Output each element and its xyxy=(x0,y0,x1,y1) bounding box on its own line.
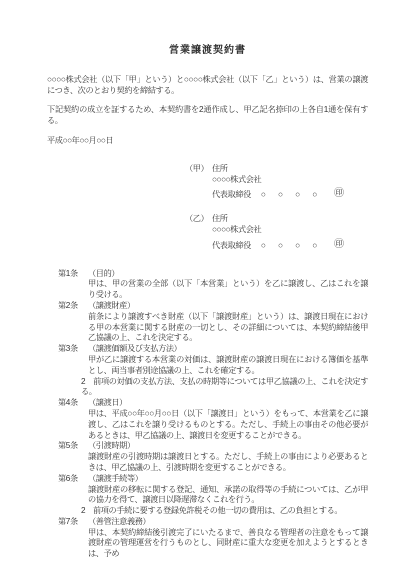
article-number: 第4条 xyxy=(58,398,84,441)
article-7: 第7条 （善管注意義務） 甲は、本契約締結後引渡完了にいたるまで、善良なる管理者… xyxy=(58,517,368,560)
article-4: 第4条 （譲渡日） 甲は、平成○○年○○月○○日（以下「譲渡日」という）をもって… xyxy=(58,398,368,441)
article-6: 第6条 （譲渡手続等） 譲渡財産の移転に関する登記、通知、承諾の取得等の手続につ… xyxy=(58,474,368,517)
company-name: ○○○○株式会社 xyxy=(212,175,402,186)
article-5: 第5条 （引渡時期） 譲渡財産の引渡時期は譲渡日とする。ただし、手続上の事由によ… xyxy=(58,441,368,473)
document-title: 営業譲渡契約書 xyxy=(47,46,368,57)
article-body: 甲が乙に譲渡する本営業の対価は、譲渡財産の譲渡日現在における簿価を基準とし、両当… xyxy=(88,355,368,377)
representative-title: 代表取締役 xyxy=(212,190,251,199)
address-label: 住所 xyxy=(212,214,402,225)
article-body: 甲は、平成○○年○○月○○日（以下「譲渡日」という）をもって、本営業を乙に譲渡し… xyxy=(88,409,368,441)
article-heading: （引渡時期） xyxy=(88,441,368,452)
party-label: （甲） xyxy=(185,164,207,201)
article-number: 第5条 xyxy=(58,441,84,473)
article-number: 第7条 xyxy=(58,517,84,560)
article-body: 譲渡財産の引渡時期は譲渡日とする。ただし、手続上の事由により必要あるときは、甲乙… xyxy=(88,452,368,474)
article-heading: （譲渡手続等） xyxy=(88,474,368,485)
intro-paragraph: ○○○○株式会社（以下「甲」という）と○○○○株式会社（以下「乙」という）は、営… xyxy=(47,75,368,97)
article-heading: （譲渡日） xyxy=(88,398,368,409)
article-clause-2: 2 前項の対価の支払方法、支払の時期等については甲乙協議の上、これを決定する。 xyxy=(81,377,368,399)
representative-name: ○ ○ ○ ○ xyxy=(261,241,319,250)
seal-mark-icon: ㊞ xyxy=(334,189,344,200)
article-body: 甲は、甲の営業の全部（以下「本営業」という）を乙に譲渡し、乙はこれを譲り受ける。 xyxy=(88,279,368,301)
party-kou-block: （甲） 住所 ○○○○株式会社 代表取締役 ○ ○ ○ ○ ㊞ xyxy=(185,164,368,201)
article-3: 第3条 （譲渡価額及び支払方法） 甲が乙に譲渡する本営業の対価は、譲渡財産の譲渡… xyxy=(58,344,368,398)
article-2: 第2条 （譲渡財産） 前条により譲渡すべき財産（以下「譲渡財産」という）は、譲渡… xyxy=(58,301,368,344)
representative-name: ○ ○ ○ ○ xyxy=(261,190,319,199)
address-label: 住所 xyxy=(212,164,402,175)
document-page: 営業譲渡契約書 ○○○○株式会社（以下「甲」という）と○○○○株式会社（以下「乙… xyxy=(0,0,410,580)
party-otsu-block: （乙） 住所 ○○○○株式会社 代表取締役 ○ ○ ○ ○ ㊞ xyxy=(185,214,368,251)
article-heading: （譲渡財産） xyxy=(88,301,368,312)
contract-date: 平成○○年○○月○○日 xyxy=(47,136,368,147)
article-1: 第1条 （目的） 甲は、甲の営業の全部（以下「本営業」という）を乙に譲渡し、乙は… xyxy=(58,269,368,301)
articles-section: 第1条 （目的） 甲は、甲の営業の全部（以下「本営業」という）を乙に譲渡し、乙は… xyxy=(58,269,368,561)
company-name: ○○○○株式会社 xyxy=(212,225,402,236)
representative-line: 代表取締役 ○ ○ ○ ○ ㊞ xyxy=(212,241,402,252)
article-body: 甲は、本契約締結後引渡完了にいたるまで、善良なる管理者の注意をもって譲渡財産の管… xyxy=(88,528,368,560)
representative-title: 代表取締役 xyxy=(212,241,251,250)
execution-clause: 下記契約の成立を証するため、本契約書を2通作成し、甲乙記名捺印の上各自1通を保有… xyxy=(47,105,368,127)
party-label: （乙） xyxy=(185,214,207,251)
article-number: 第1条 xyxy=(58,269,84,301)
article-body: 譲渡財産の移転に関する登記、通知、承諾の取得等の手続については、乙が甲の協力を得… xyxy=(88,485,368,507)
article-body: 前条により譲渡すべき財産（以下「譲渡財産」という）は、譲渡日現在における甲の本営… xyxy=(88,312,368,344)
article-clause-2: 2 前項の手続に要する登録免許税その他一切の費用は、乙の負担とする。 xyxy=(81,506,368,517)
representative-line: 代表取締役 ○ ○ ○ ○ ㊞ xyxy=(212,190,402,201)
article-heading: （譲渡価額及び支払方法） xyxy=(88,344,368,355)
seal-mark-icon: ㊞ xyxy=(334,240,344,251)
article-heading: （目的） xyxy=(88,269,368,280)
article-heading: （善管注意義務） xyxy=(88,517,368,528)
article-number: 第2条 xyxy=(58,301,84,344)
